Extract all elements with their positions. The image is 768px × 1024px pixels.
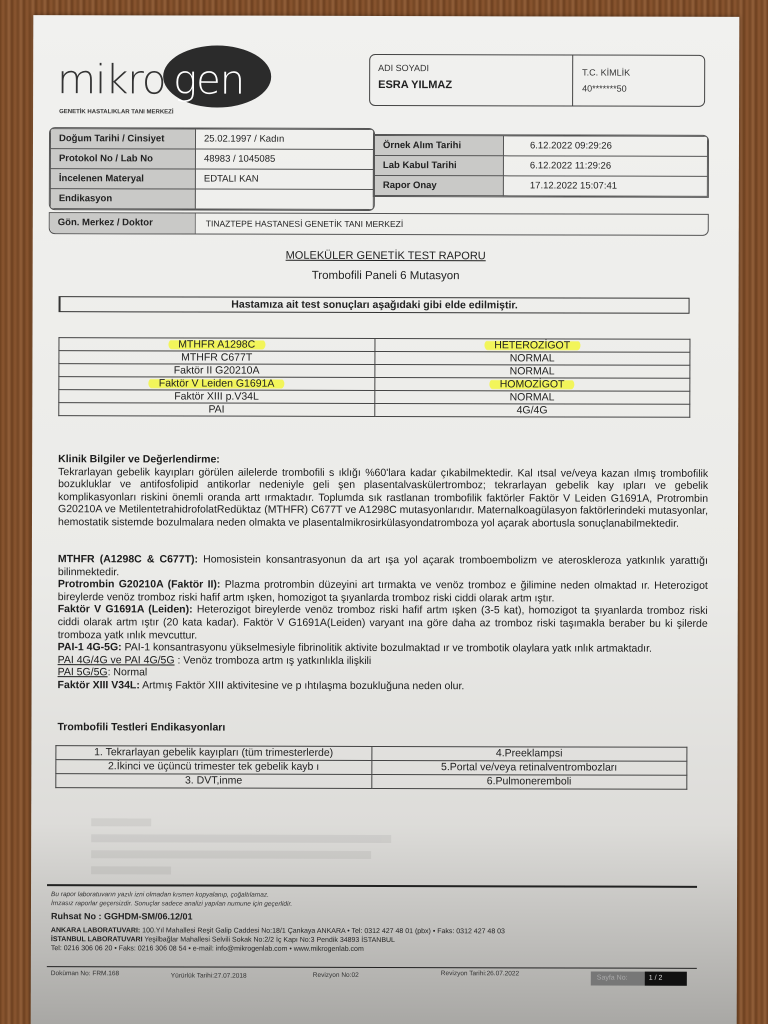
note-text: PAI-1 konsantrasyonu yükselmesiyle fibri… xyxy=(122,641,652,654)
note-faktor-xiii: Faktör XIII V34L: Artmış Faktör XIII akt… xyxy=(58,679,708,693)
clinical-paragraph: Tekrarlayan gebelik kayıpları görülen ai… xyxy=(58,466,708,531)
note-mthfr: MTHFR (A1298C & C677T): Homosistein kons… xyxy=(58,553,708,580)
info-label: İncelenen Materyal xyxy=(50,169,195,189)
indication-row: 2.İkinci ve üçüncü trimester tek gebelik… xyxy=(56,760,687,776)
name-label: ADI SOYADI xyxy=(378,63,429,73)
mutation-notes: MTHFR (A1298C & C677T): Homosistein kons… xyxy=(58,553,708,693)
effective-date: Yürürlük Tarihi:27.07.2018 xyxy=(171,972,247,979)
indication-cell: 4.Preeklampsi xyxy=(371,746,687,761)
results-table: MTHFR A1298CHETEROZİGOTMTHFR C677TNORMAL… xyxy=(58,337,690,418)
note-term: Faktör V G1691A (Leiden): xyxy=(58,604,193,616)
note-term: Protrombin G20210A (Faktör II): xyxy=(58,578,221,590)
istanbul-text: Yeşilbağlar Mahallesi Selvili Sokak No:2… xyxy=(143,936,395,944)
result-text: 4G/4G xyxy=(517,404,548,416)
info-row: Örnek Alım Tarihi6.12.2022 09:29:26 xyxy=(374,135,707,156)
istanbul-label: İSTANBUL LABORATUVARI xyxy=(51,936,143,943)
center-label: Gön. Merkez / Doktor xyxy=(50,213,196,233)
info-label: Lab Kabul Tarihi xyxy=(374,155,503,175)
report-subtitle: Trombofili Paneli 6 Mutasyon xyxy=(33,269,739,283)
result-test-name: Faktör V Leiden G1691A xyxy=(59,377,375,391)
page-value: 1 / 2 xyxy=(645,972,687,986)
pai-term: PAI 4G/4G ve PAI 4G/5G xyxy=(58,654,175,666)
result-text: NORMAL xyxy=(510,352,555,364)
indications-heading: Trombofili Testleri Endikasyonları xyxy=(57,721,707,735)
test-name-text: Faktör V Leiden G1691A xyxy=(149,377,285,389)
license-number: Ruhsat No : GGHDM-SM/06.12/01 xyxy=(51,911,193,921)
result-text: HOMOZİGOT xyxy=(490,378,575,390)
report-page: mikro gen GENETİK HASTALIKLAR TANI MERKE… xyxy=(31,15,740,1024)
info-value: 17.12.2022 15:07:41 xyxy=(503,176,707,197)
tc-id: 40*******50 xyxy=(582,84,627,94)
mikrogen-logo: mikro gen GENETİK HASTALIKLAR TANI MERKE… xyxy=(57,57,165,103)
doc-number: Doküman No: FRM.168 xyxy=(51,970,119,977)
contact-line: Tel: 0216 306 06 20 • Faks: 0216 306 08 … xyxy=(51,945,364,953)
test-name-text: Faktör XIII p.V34L xyxy=(174,390,259,402)
indications-table: 1. Tekrarlayan gebelik kayıpları (tüm tr… xyxy=(55,745,687,790)
ankara-label: ANKARA LABORATUVARI: xyxy=(51,927,140,934)
note-protrombin: Protrombin G20210A (Faktör II): Plazma p… xyxy=(58,578,708,605)
info-row: İncelenen MateryalEDTALI KAN xyxy=(50,169,373,190)
indication-cell: 6.Pulmoneremboli xyxy=(371,774,687,789)
report-title: MOLEKÜLER GENETİK TEST RAPORU xyxy=(33,249,739,263)
referring-center-row: Gön. Merkez / Doktor TINAZTEPE HASTANESİ… xyxy=(49,212,709,236)
info-value: 48983 / 1045085 xyxy=(195,149,373,169)
clinical-section: Klinik Bilgiler ve Değerlendirme: Tekrar… xyxy=(58,453,708,530)
indication-cell: 3. DVT,inme xyxy=(56,774,372,789)
ankara-text: 100.Yıl Mahallesi Reşit Galip Caddesi No… xyxy=(140,927,505,935)
note-term: MTHFR (A1298C & C677T): xyxy=(58,553,198,565)
disclaimer-1: Bu rapor laboratuvarın yazılı izni olmad… xyxy=(51,891,269,899)
indication-cell: 2.İkinci ve üçüncü trimester tek gebelik… xyxy=(56,760,372,775)
note-faktor-v: Faktör V G1691A (Leiden): Heterozigot bi… xyxy=(58,604,708,643)
info-value: 6.12.2022 09:29:26 xyxy=(503,136,707,157)
info-row: Endikasyon xyxy=(50,189,373,210)
result-test-name: Faktör XIII p.V34L xyxy=(59,390,375,404)
result-test-name: MTHFR A1298C xyxy=(59,338,375,352)
ankara-address: ANKARA LABORATUVARI: 100.Yıl Mahallesi R… xyxy=(51,927,505,935)
page-label: Sayfa No: xyxy=(597,972,628,986)
result-test-name: PAI xyxy=(59,403,375,417)
revision-date: Revizyon Tarihi:26.07.2022 xyxy=(441,970,519,977)
indication-row: 1. Tekrarlayan gebelik kayıpları (tüm tr… xyxy=(56,746,687,762)
info-value: 25.02.1997 / Kadın xyxy=(195,129,373,149)
pai-line: PAI 4G/4G ve PAI 4G/5G : Venöz tromboza … xyxy=(58,654,708,668)
istanbul-address: İSTANBUL LABORATUVARI Yeşilbağlar Mahall… xyxy=(51,936,395,944)
result-text: NORMAL xyxy=(510,365,555,377)
clinical-heading: Klinik Bilgiler ve Değerlendirme: xyxy=(58,453,708,467)
result-value: 4G/4G xyxy=(374,403,690,417)
result-row: Faktör V Leiden G1691AHOMOZİGOT xyxy=(59,377,690,392)
result-value: HOMOZİGOT xyxy=(374,377,690,391)
info-row: Protokol No / Lab No48983 / 1045085 xyxy=(50,149,373,170)
revision-number: Revizyon No:02 xyxy=(313,972,359,979)
indication-cell: 1. Tekrarlayan gebelik kayıpları (tüm tr… xyxy=(56,746,372,761)
info-label: Doğum Tarihi / Cinsiyet xyxy=(50,129,195,149)
info-row: Doğum Tarihi / Cinsiyet25.02.1997 / Kadı… xyxy=(50,129,373,150)
note-term: PAI-1 4G-5G: xyxy=(58,641,122,653)
info-value xyxy=(195,189,373,209)
info-label: Rapor Onay xyxy=(374,175,503,195)
result-value: NORMAL xyxy=(374,351,690,365)
info-value: EDTALI KAN xyxy=(195,169,373,189)
logo-subtitle: GENETİK HASTALIKLAR TANI MERKEZİ xyxy=(59,109,173,115)
info-label: Protokol No / Lab No xyxy=(50,149,195,169)
result-test-name: MTHFR C677T xyxy=(59,351,375,365)
patient-info-table: Doğum Tarihi / Cinsiyet25.02.1997 / Kadı… xyxy=(49,127,375,211)
info-label: Örnek Alım Tarihi xyxy=(374,135,503,155)
test-name-text: MTHFR C677T xyxy=(181,351,252,363)
center-value: TINAZTEPE HASTANESİ GENETİK TANI MERKEZİ xyxy=(206,214,403,235)
result-text: HETEROZİGOT xyxy=(484,339,580,351)
logo-brand-right: gen xyxy=(173,57,244,103)
result-text: NORMAL xyxy=(510,391,555,403)
faint-bleedthrough xyxy=(91,810,391,891)
note-term: Faktör XIII V34L: xyxy=(58,679,140,691)
indication-cell: 5.Portal ve/veya retinalventrombozları xyxy=(371,760,687,775)
result-test-name: Faktör II G20210A xyxy=(59,364,375,378)
result-value: NORMAL xyxy=(374,364,690,378)
test-name-text: PAI xyxy=(208,404,224,416)
patient-name: ESRA YILMAZ xyxy=(378,79,452,91)
results-intro: Hastamıza ait test sonuçları aşağıdaki g… xyxy=(59,296,690,314)
note-text: Artmış Faktör XIII aktivitesine ve p ıht… xyxy=(140,679,465,692)
info-row: Lab Kabul Tarihi6.12.2022 11:29:26 xyxy=(374,155,707,176)
pai-text: : Normal xyxy=(108,667,148,679)
pai-text: : Venöz tromboza artm ış yatkınlıkla ili… xyxy=(175,654,372,667)
result-value: NORMAL xyxy=(374,390,690,404)
test-name-text: Faktör II G20210A xyxy=(174,364,260,376)
footer-divider-2 xyxy=(47,966,697,969)
result-row: PAI4G/4G xyxy=(59,403,690,418)
logo-brand-left: mikro xyxy=(57,57,165,103)
sample-dates-table: Örnek Alım Tarihi6.12.2022 09:29:26 Lab … xyxy=(373,134,709,198)
info-value: 6.12.2022 11:29:26 xyxy=(503,156,707,177)
patient-name-cell: ADI SOYADI ESRA YILMAZ xyxy=(370,55,573,106)
patient-name-box: ADI SOYADI ESRA YILMAZ T.C. KİMLİK 40***… xyxy=(369,54,705,107)
result-value: HETEROZİGOT xyxy=(374,338,690,352)
info-label: Endikasyon xyxy=(50,189,195,209)
info-row: Rapor Onay17.12.2022 15:07:41 xyxy=(374,175,707,196)
test-name-text: MTHFR A1298C xyxy=(168,338,265,350)
tc-label: T.C. KİMLİK xyxy=(582,68,630,78)
indication-row: 3. DVT,inme6.Pulmoneremboli xyxy=(56,774,687,790)
pai-term: PAI 5G/5G xyxy=(58,666,108,678)
page-number-box: Sayfa No: 1 / 2 xyxy=(591,972,687,986)
disclaimer-2: İmzasız raporlar geçersizdir. Sonuçlar s… xyxy=(51,900,292,908)
